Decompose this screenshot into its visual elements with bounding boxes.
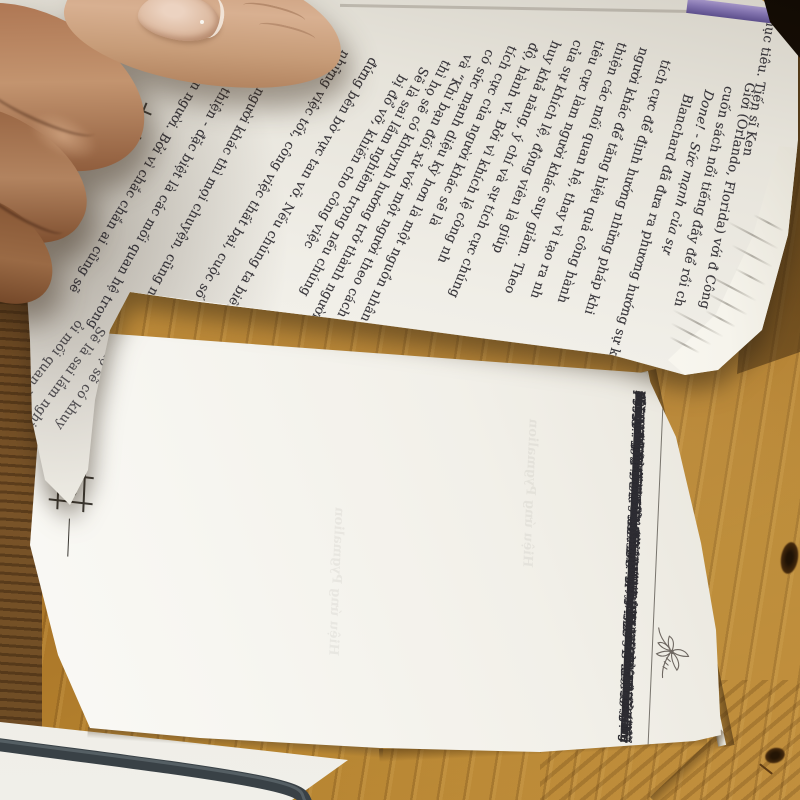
hand — [0, 0, 430, 360]
light-speck — [200, 20, 204, 24]
photo-of-open-book: nhận được niềm vui và nghị lực sống khi … — [0, 0, 800, 800]
